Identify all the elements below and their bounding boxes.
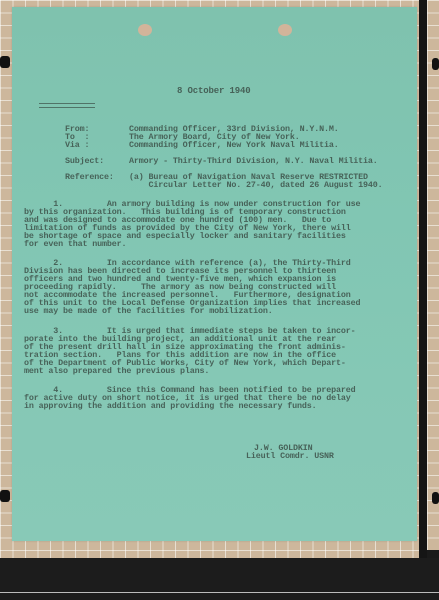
via-label: Via : [65,141,89,149]
binder-clip-icon [432,58,439,70]
binder-clip-icon [0,490,10,502]
paragraph-1-line: for even that number. [24,240,126,248]
memo-date: 8 October 1940 [177,87,251,95]
next-page-edge [427,0,439,550]
via-value: Commanding Officer, New York Naval Milit… [129,141,339,149]
paragraph-3-line: ment also prepared the previous plans. [24,367,209,375]
reference-label: Reference: [65,173,114,181]
punch-hole-icon [278,24,292,36]
bottom-divider [0,592,439,593]
punch-hole-icon [138,24,152,36]
binder-clip-icon [0,56,10,68]
subject-label: Subject: [65,157,104,165]
paragraph-2-line: use may be made of the facilities for mo… [24,307,273,315]
bottom-background [0,558,439,600]
reference-line-2: Circular Letter No. 27-40, dated 26 Augu… [129,181,383,189]
classification-strikeout [39,103,95,108]
paragraph-4-line: in approving the addition and providing … [24,402,317,410]
memo-page: 8 October 1940 From: Commanding Officer,… [12,7,417,541]
binder-clip-icon [432,492,439,504]
binder-divider [419,0,427,560]
subject-value: Armory - Thirty-Third Division, N.Y. Nav… [129,157,378,165]
signature-title: Lieutl Comdr. USNR [246,452,334,460]
